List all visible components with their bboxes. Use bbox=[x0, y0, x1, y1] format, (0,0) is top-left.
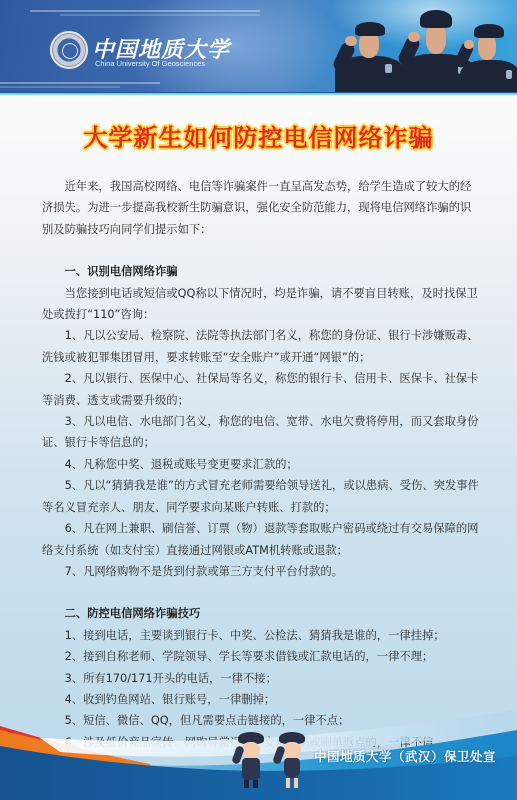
prevention-tip: 2、接到自称老师、学院领导、学长等要求借钱或汇款电话的，一律不理； bbox=[42, 646, 482, 667]
fraud-item: 1、凡以公安局、检察院、法院等执法部门名义，称您的身份证、银行卡涉嫌贩毒、洗钱或… bbox=[42, 325, 482, 368]
poster-title: 大学新生如何防控电信网络诈骗 bbox=[0, 118, 517, 153]
officer-figure bbox=[335, 20, 405, 92]
section-heading-identify: 一、识别电信网络诈骗 bbox=[42, 261, 482, 282]
header-banner: 中国地质大学 China University Of Geosciences bbox=[0, 0, 517, 92]
fraud-item: 6、凡在网上兼职、刷信誉、订票（物）退款等套取账户密码或绕过有交易保障的网络支付… bbox=[42, 518, 482, 561]
poster: 中国地质大学 China University Of Geosciences bbox=[0, 0, 517, 800]
banner-streak bbox=[0, 86, 120, 88]
university-name-en: China University Of Geosciences bbox=[95, 59, 205, 68]
header-divider bbox=[0, 92, 517, 95]
cartoon-police-mascot-icon bbox=[236, 732, 266, 788]
fraud-item: 4、凡称您中奖、退税或账号变更要求汇款的； bbox=[42, 454, 482, 475]
fraud-item: 5、凡以“猜猜我是谁”的方式冒充老师需要给领导送礼，或以患病、受伤、突发事件等名… bbox=[42, 475, 482, 518]
poster-content: 近年来，我国高校网络、电信等诈骗案件一直呈高发态势，给学生造成了较大的经济损失。… bbox=[42, 176, 482, 753]
cartoon-police-mascot-icon bbox=[277, 732, 307, 788]
banner-streak bbox=[0, 82, 160, 84]
intro-paragraph: 近年来，我国高校网络、电信等诈骗案件一直呈高发态势，给学生造成了较大的经济损失。… bbox=[42, 176, 482, 240]
banner-streak bbox=[30, 10, 260, 12]
officer-figure bbox=[460, 22, 517, 92]
section1-lead: 当您接到电话或短信或QQ称以下情况时，均是诈骗，请不要盲目转账，及时找保卫处或拨… bbox=[42, 283, 482, 326]
prevention-tip: 3、所有170/171开头的电话，一律不接； bbox=[42, 668, 482, 689]
spacer bbox=[42, 582, 482, 603]
section-heading-prevention: 二、防控电信网络诈骗技巧 bbox=[42, 603, 482, 624]
prevention-tip: 1、接到电话，主要谈到银行卡、中奖、公检法、猜猜我是谁的，一律挂掉； bbox=[42, 625, 482, 646]
footer-wave bbox=[0, 690, 517, 800]
spacer bbox=[42, 240, 482, 261]
fraud-item: 2、凡以银行、医保中心、社保局等名义，称您的银行卡、信用卡、医保卡、社保卡等消费… bbox=[42, 368, 482, 411]
fraud-item: 3、凡以电信、水电部门名义，称您的电信、宽带、水电欠费将停用，而又套取身份证、银… bbox=[42, 411, 482, 454]
university-emblem-icon bbox=[50, 31, 88, 69]
banner-streak bbox=[60, 14, 260, 16]
fraud-item: 7、凡网络购物不是货到付款或第三方支付平台付款的。 bbox=[42, 561, 482, 582]
footer-publisher: 中国地质大学（武汉）保卫处宣 bbox=[314, 747, 496, 765]
